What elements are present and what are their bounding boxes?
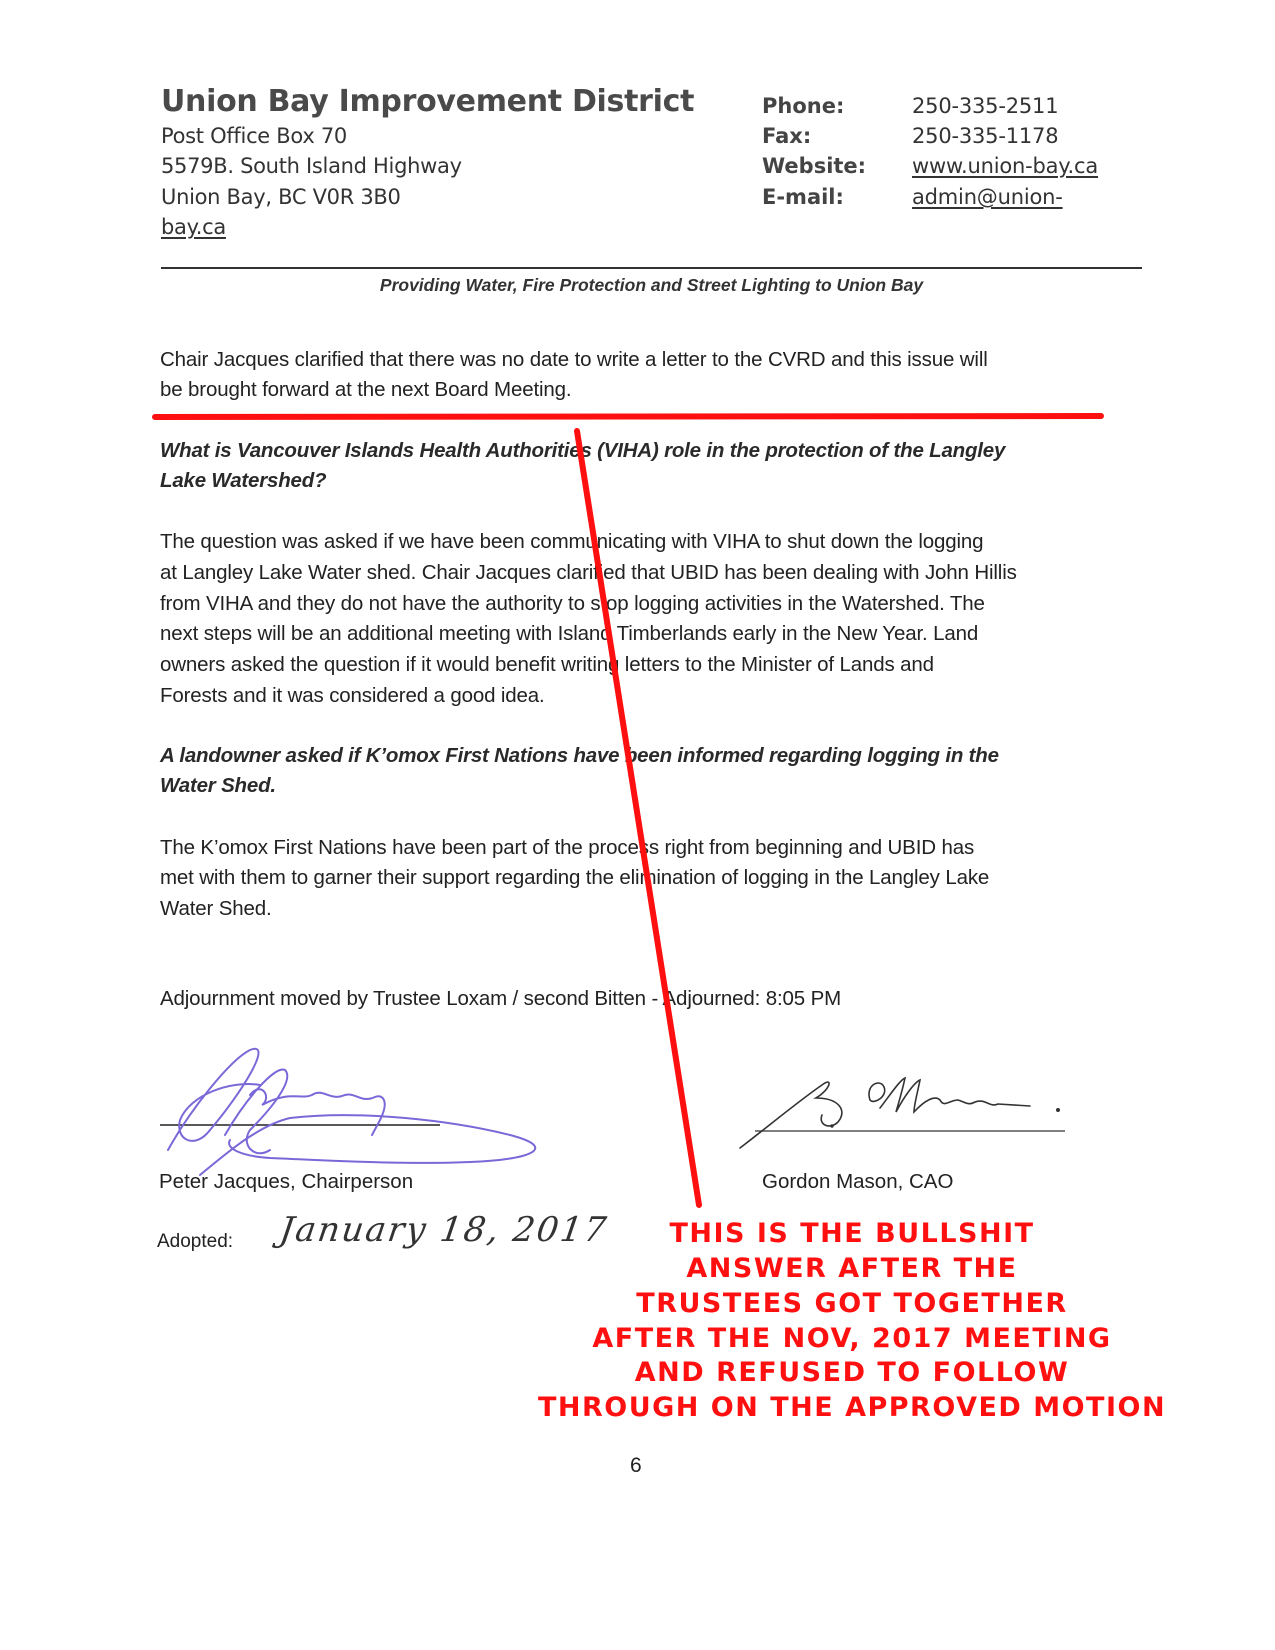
cao-signature	[740, 1078, 1059, 1148]
red-underline-mark	[155, 416, 1101, 417]
markup-overlay	[0, 0, 1275, 1650]
red-slash-mark	[577, 431, 699, 1205]
chair-signature	[168, 1049, 535, 1175]
